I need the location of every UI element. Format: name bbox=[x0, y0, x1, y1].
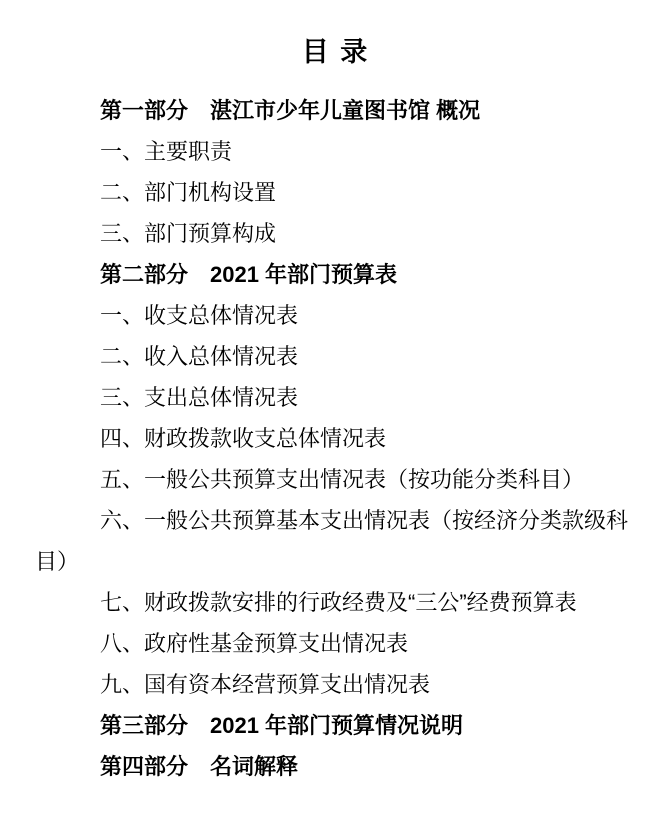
table-of-contents: 第一部分 湛江市少年儿童图书馆 概况 一、主要职责 二、部门机构设置 三、部门预… bbox=[35, 90, 636, 787]
toc-item: 一、收支总体情况表 bbox=[35, 295, 636, 336]
toc-item: 七、财政拨款安排的行政经费及“三公”经费预算表 bbox=[35, 582, 636, 623]
toc-section-heading: 第四部分 名词解释 bbox=[35, 746, 636, 787]
toc-item: 九、国有资本经营预算支出情况表 bbox=[35, 664, 636, 705]
toc-item: 四、财政拨款收支总体情况表 bbox=[35, 418, 636, 459]
document-page: 目 录 第一部分 湛江市少年儿童图书馆 概况 一、主要职责 二、部门机构设置 三… bbox=[0, 0, 672, 818]
toc-section-heading: 第三部分 2021 年部门预算情况说明 bbox=[35, 705, 636, 746]
toc-item: 二、收入总体情况表 bbox=[35, 336, 636, 377]
toc-title: 目 录 bbox=[35, 34, 636, 70]
toc-section-heading: 第一部分 湛江市少年儿童图书馆 概况 bbox=[35, 90, 636, 131]
toc-item: 一、主要职责 bbox=[35, 131, 636, 172]
toc-item: 五、一般公共预算支出情况表（按功能分类科目） bbox=[35, 459, 636, 500]
toc-item: 三、支出总体情况表 bbox=[35, 377, 636, 418]
toc-section-heading: 第二部分 2021 年部门预算表 bbox=[35, 254, 636, 295]
toc-item: 六、一般公共预算基本支出情况表（按经济分类款级科目） bbox=[35, 500, 636, 582]
toc-item: 八、政府性基金预算支出情况表 bbox=[35, 623, 636, 664]
toc-item: 三、部门预算构成 bbox=[35, 213, 636, 254]
toc-item: 二、部门机构设置 bbox=[35, 172, 636, 213]
